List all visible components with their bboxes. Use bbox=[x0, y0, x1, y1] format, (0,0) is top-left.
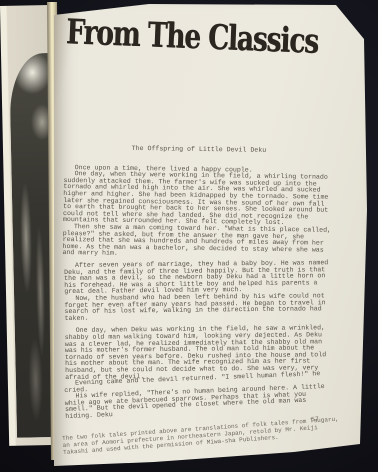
story-paragraph: One day, when they were working in the f… bbox=[63, 171, 334, 228]
page-headline: From The Classics bbox=[65, 12, 318, 62]
book-photograph: From The Classics The Offspring of Littl… bbox=[0, 0, 378, 472]
book-page: From The Classics The Offspring of Littl… bbox=[54, 0, 378, 472]
footer-note: The two folk tales printed above are tra… bbox=[62, 417, 341, 457]
story-section-bottom: Evening came and the devil returned. "I … bbox=[64, 371, 335, 421]
story-title: The Offspring of Little Devil Deku bbox=[64, 145, 334, 155]
story-section-top: The Offspring of Little Devil Deku Once … bbox=[62, 145, 334, 261]
story-text: The Offspring of Little Devil Deku Once … bbox=[64, 145, 334, 421]
story-paragraph: Now, the husband who had been left behin… bbox=[64, 293, 334, 322]
story-paragraph: Then she saw a man coming toward her. "W… bbox=[62, 224, 332, 261]
story-section-middle: After seven years of marriage, they had … bbox=[64, 260, 335, 381]
story-paragraph: After seven years of marriage, they had … bbox=[64, 260, 334, 296]
